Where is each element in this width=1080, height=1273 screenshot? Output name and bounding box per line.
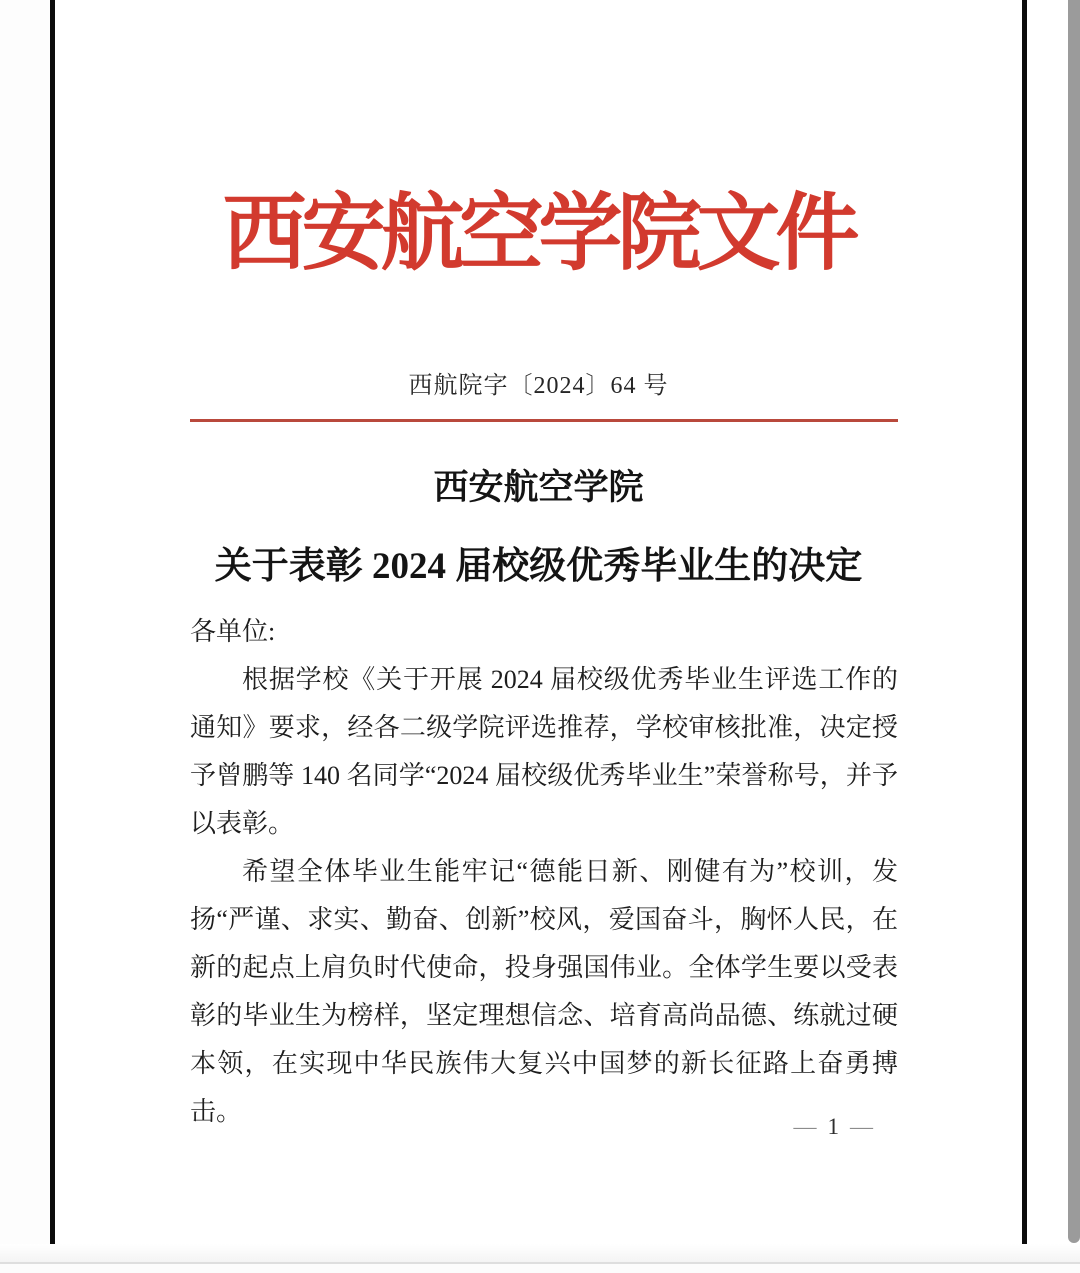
scrollbar-thumb[interactable]: [1068, 0, 1080, 1243]
document-number: 西航院字〔2024〕64 号: [55, 370, 1022, 402]
footer-band: [0, 1244, 1080, 1262]
scan-left-margin: [0, 0, 50, 1251]
red-divider-line: [190, 419, 898, 422]
document-page: 西安航空学院文件 西航院字〔2024〕64 号 西安航空学院 关于表彰 2024…: [55, 0, 1022, 1251]
title-organization: 西安航空学院: [55, 468, 1022, 508]
footer-area: [0, 1264, 1080, 1273]
title-subject: 关于表彰 2024 届校级优秀毕业生的决定: [55, 546, 1022, 588]
document-viewer: 西安航空学院文件 西航院字〔2024〕64 号 西安航空学院 关于表彰 2024…: [0, 0, 1080, 1273]
body-paragraph-2: 希望全体毕业生能牢记“德能日新、刚健有为”校训，发扬“严谨、求实、勤奋、创新”校…: [190, 848, 898, 1136]
page-number-value: 1: [828, 1112, 840, 1142]
salutation: 各单位:: [190, 608, 898, 656]
page-edge-line-right: [1022, 0, 1027, 1252]
page-number-dash-right: —: [850, 1112, 873, 1142]
body-paragraph-1: 根据学校《关于开展 2024 届校级优秀毕业生评选工作的通知》要求，经各二级学院…: [190, 656, 898, 848]
document-body: 各单位: 根据学校《关于开展 2024 届校级优秀毕业生评选工作的通知》要求，经…: [190, 608, 898, 1136]
document-red-header: 西安航空学院文件: [55, 190, 1022, 280]
page-number: — 1 —: [794, 1112, 874, 1142]
page-number-dash-left: —: [794, 1112, 817, 1142]
